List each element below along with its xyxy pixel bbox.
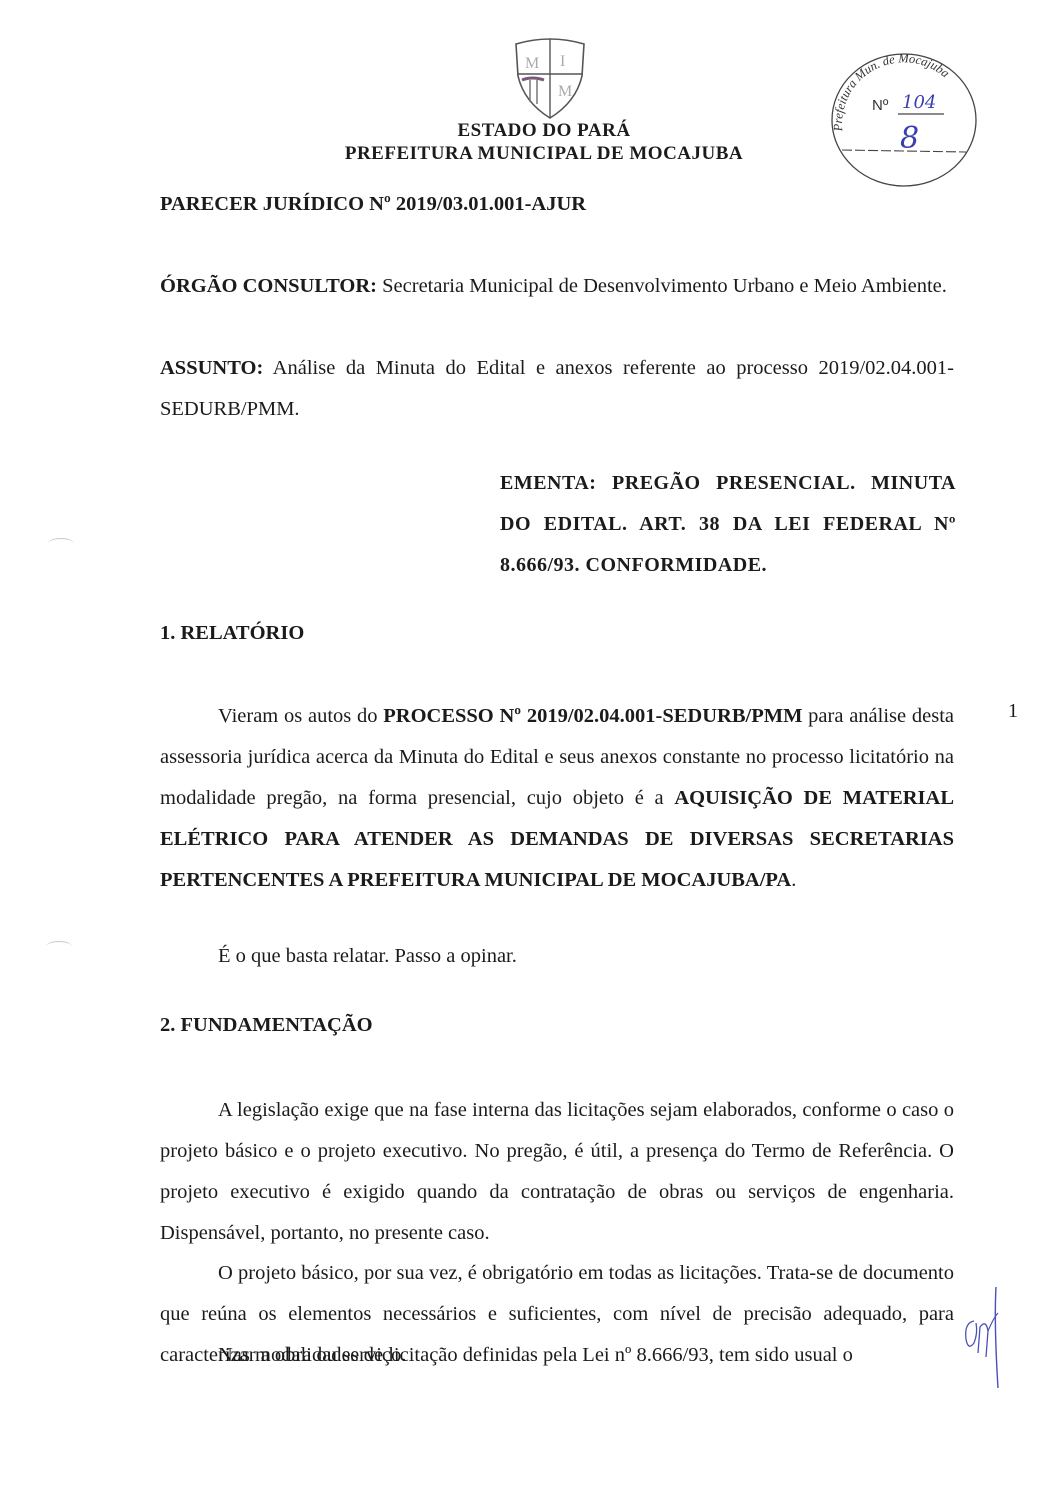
process-number: PROCESSO Nº 2019/02.04.001-SEDURB/PMM [383,705,802,727]
svg-text:Nº: Nº [872,97,889,114]
report-closing: É o que basta relatar. Passo a opinar. [160,936,954,977]
coat-of-arms-icon: M I M [510,36,590,120]
svg-text:I: I [560,53,565,70]
subject-field: ASSUNTO: Análise da Minuta do Edital e a… [160,348,954,430]
grounds-paragraph-3: Nas modalidades de licitação definidas p… [160,1335,954,1376]
page-number: 1 [1008,700,1018,723]
protocol-stamp: Prefeitura Mun. de Mocajuba Nº 104 8 [822,48,982,188]
section-title-report: 1. RELATÓRIO [160,622,304,645]
consultant-label: ÓRGÃO CONSULTOR: [160,275,377,297]
report-paragraph: Vieram os autos do PROCESSO Nº 2019/02.0… [160,696,954,901]
subject-value: Análise da Minuta do Edital e anexos ref… [160,357,954,420]
svg-text:M: M [558,83,572,100]
ementa-block: EMENTA: PREGÃO PRESENCIAL. MINUTA DO EDI… [500,463,956,586]
section-title-grounds: 2. FUNDAMENTAÇÃO [160,1014,373,1037]
punch-hole-mark [48,538,74,549]
punch-hole-mark [46,941,72,952]
svg-text:M: M [525,55,539,72]
consultant-field: ÓRGÃO CONSULTOR: Secretaria Municipal de… [160,266,954,307]
handwritten-initials-icon [960,1283,1010,1393]
consultant-value: Secretaria Municipal de Desenvolvimento … [377,275,947,297]
opinion-title: PARECER JURÍDICO Nº 2019/03.01.001-AJUR [160,193,586,216]
subject-label: ASSUNTO: [160,357,263,379]
grounds-paragraph-1: A legislação exige que na fase interna d… [160,1090,954,1254]
handwritten-number: 104 [902,92,936,113]
